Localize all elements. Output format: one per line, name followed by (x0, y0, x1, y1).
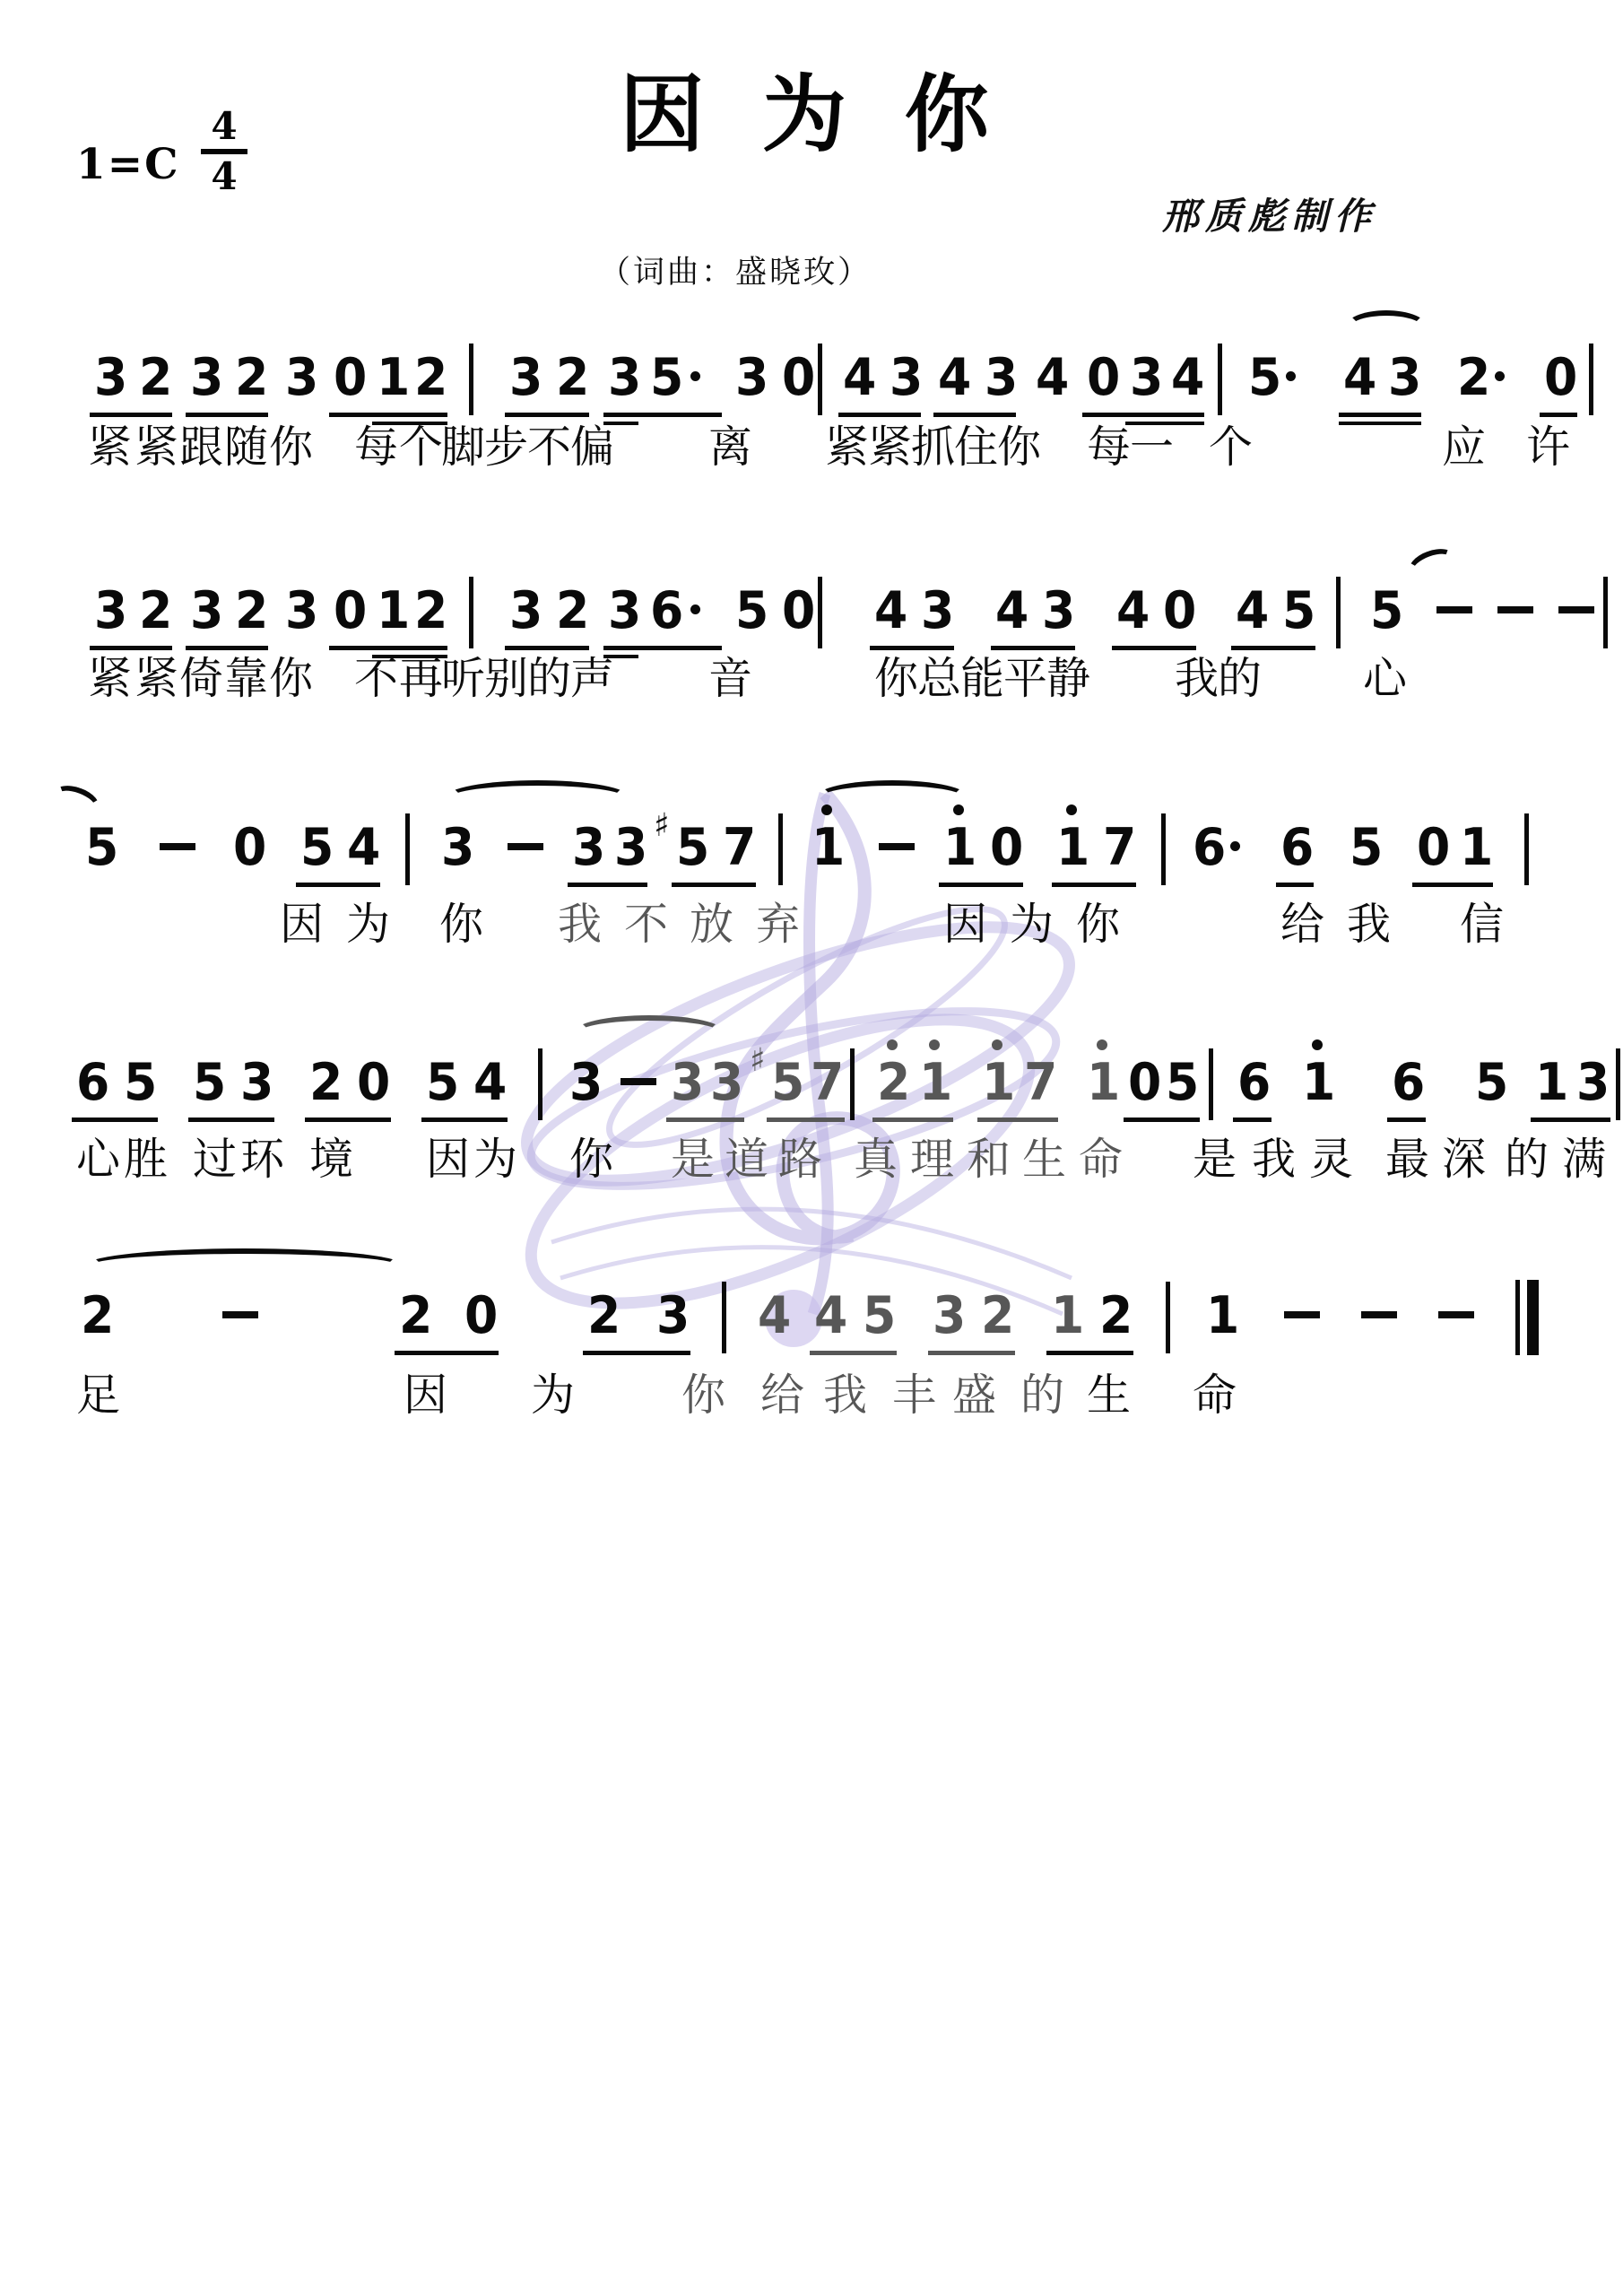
note-glyph: 3 (710, 1053, 743, 1112)
lyric-char: 为 (346, 899, 390, 951)
octave-dot (1312, 1039, 1323, 1050)
note-glyph: 2 (139, 581, 172, 640)
sheet-music-page: 因 为 你 1=C 4 4 邢质彪制作 （词曲：盛晓玫） 32323012323… (0, 0, 1623, 2296)
note-glyph: 2 (556, 348, 589, 407)
beam-underline (1531, 1118, 1610, 1122)
barline (405, 813, 410, 885)
note-glyph: 5 (85, 818, 118, 877)
beam-underline (395, 1351, 499, 1355)
lyric-char: 丰 (892, 1370, 936, 1422)
beam-underline (90, 413, 172, 417)
lyric-char: 弃 (756, 899, 800, 951)
lyric-char: 声 (570, 653, 614, 705)
lyric-char: 路 (778, 1134, 822, 1186)
note-glyph: 3 (240, 1053, 273, 1112)
note-glyph: 1 (377, 581, 410, 640)
note-glyph: 0 (1087, 348, 1120, 407)
barline (818, 577, 822, 648)
note-glyph: 4 (1236, 581, 1269, 640)
lyric-char: 是 (671, 1134, 715, 1186)
note-glyph: 1 (982, 1053, 1015, 1112)
lyric-char: 紧 (868, 422, 912, 474)
barline (1336, 577, 1341, 648)
duration-dash (1361, 1311, 1397, 1318)
lyric-char: 住 (954, 422, 998, 474)
beam-underline (1339, 413, 1421, 417)
lyric-char: 总 (917, 653, 961, 705)
lyric-char: 灵 (1309, 1134, 1353, 1186)
lyric-char: 听 (441, 653, 485, 705)
lyric-char: 我 (823, 1370, 867, 1422)
note-glyph: 7 (723, 818, 756, 877)
beam-underline (296, 883, 380, 887)
note-glyph: 7 (1103, 818, 1136, 877)
lyric-char: 步 (484, 422, 528, 474)
dotted-note-dot (690, 371, 700, 381)
note-glyph: 3 (735, 348, 768, 407)
note-glyph: 6 (1280, 818, 1314, 877)
duration-dash (1438, 1311, 1474, 1318)
lyric-char: 紧 (825, 422, 869, 474)
note-glyph: 3 (671, 1053, 704, 1112)
barline (1589, 344, 1593, 415)
lyric-char: 不 (527, 422, 571, 474)
note-glyph: 2 (587, 1286, 621, 1345)
note-glyph: 3 (1576, 1053, 1610, 1112)
lyric-char: 能 (960, 653, 1004, 705)
duration-dash (508, 843, 543, 850)
lyric-char: 音 (708, 653, 752, 705)
barline (538, 1048, 542, 1120)
note-glyph: 2 (981, 1286, 1014, 1345)
lyric-char: 给 (760, 1370, 804, 1422)
beam-underline (1052, 883, 1136, 887)
note-glyph: 3 (614, 818, 647, 877)
duration-dash (621, 1078, 656, 1085)
note-glyph: 3 (921, 581, 954, 640)
note-glyph: 5 (1282, 581, 1315, 640)
note-glyph: 0 (334, 581, 367, 640)
note-glyph: 2 (399, 1286, 432, 1345)
lyric-char: 一 (1130, 422, 1174, 474)
lyric-char: 紧 (135, 653, 178, 705)
lyric-char: 因 (404, 1370, 447, 1422)
lyric-char: 每 (354, 422, 398, 474)
lyric-char: 随 (224, 422, 268, 474)
composer-subtitle: （词曲：盛晓玫） (599, 248, 872, 292)
note-glyph: 0 (464, 1286, 498, 1345)
note-glyph: 3 (441, 818, 474, 877)
note-glyph: 4 (473, 1053, 507, 1112)
lyric-char: 紧 (135, 422, 178, 474)
beam-underline (939, 883, 1023, 887)
beam-underline (188, 1118, 274, 1122)
note-glyph: 5 (1475, 1053, 1508, 1112)
note-glyph: 1 (811, 818, 845, 877)
barline (818, 344, 822, 415)
lyric-char: 生 (1087, 1370, 1131, 1422)
note-glyph: 0 (1544, 348, 1577, 407)
note-glyph: 2 (235, 581, 268, 640)
note-glyph: 3 (285, 348, 318, 407)
beam-underline (186, 646, 268, 650)
lyric-char: 我 (1175, 653, 1219, 705)
note-glyph: 5 (650, 348, 683, 407)
beam-underline (1046, 1351, 1133, 1355)
note-glyph: 1 (1302, 1053, 1335, 1112)
octave-dot (1066, 804, 1077, 815)
note-glyph: 0 (782, 581, 815, 640)
note-glyph: 4 (843, 348, 876, 407)
lyric-char: 我 (1347, 899, 1391, 951)
lyric-char: 你 (439, 899, 483, 951)
lyric-char: 信 (1460, 899, 1504, 951)
slur-arc (574, 1015, 725, 1049)
beam-underline (991, 646, 1075, 650)
beam-underline (568, 883, 647, 887)
lyric-char: 足 (76, 1370, 120, 1422)
lyric-char: 为 (531, 1370, 575, 1422)
dotted-note-dot (1230, 841, 1240, 851)
note-glyph: 1 (1535, 1053, 1568, 1112)
lyric-char: 给 (1280, 899, 1324, 951)
slur-arc (1345, 310, 1428, 344)
note-glyph: 1 (377, 348, 410, 407)
note-glyph: 4 (874, 581, 907, 640)
note-glyph: 3 (608, 348, 641, 407)
lyric-char: 靠 (224, 653, 268, 705)
note-glyph: 3 (285, 581, 318, 640)
slur-arc (446, 780, 629, 814)
lyric-char: 因 (943, 899, 987, 951)
slur-arc (85, 1248, 404, 1283)
time-signature: 4 4 (201, 106, 247, 197)
note-glyph: 3 (190, 348, 223, 407)
note-glyph: 5 (735, 581, 768, 640)
note-glyph: 6 (1237, 1053, 1271, 1112)
note-glyph: 5 (124, 1053, 157, 1112)
note-glyph: 6 (1392, 1053, 1425, 1112)
note-glyph: 3 (933, 1286, 966, 1345)
key-signature: 1=C (76, 140, 180, 189)
lyric-char: 倚 (179, 653, 223, 705)
note-glyph: 3 (656, 1286, 690, 1345)
lyric-char: 你 (874, 653, 918, 705)
beam-underline (186, 413, 268, 417)
barline (722, 1282, 726, 1353)
note-glyph: 5 (771, 1053, 804, 1112)
note-glyph: 3 (94, 348, 127, 407)
barline (850, 1048, 855, 1120)
lyric-char: 为 (1010, 899, 1054, 951)
note-glyph: 7 (1024, 1053, 1057, 1112)
lyric-char: 心 (1363, 653, 1407, 705)
note-glyph: 1 (943, 818, 976, 877)
duration-dash (1284, 1311, 1320, 1318)
beam-underline (583, 1351, 690, 1355)
beam-underline (666, 1118, 744, 1122)
note-glyph: 2 (556, 581, 589, 640)
note-glyph: 3 (1042, 581, 1075, 640)
lyric-char: 为 (473, 1134, 517, 1186)
beam-underline (933, 413, 1016, 417)
lyric-char: 你 (269, 653, 313, 705)
note-glyph: 3 (985, 348, 1018, 407)
note-glyph: 2 (235, 348, 268, 407)
lyric-char: 紧 (88, 422, 132, 474)
tie-fragment-out (1404, 544, 1459, 586)
note-glyph: 4 (1171, 348, 1204, 407)
note-glyph: 5 (1370, 581, 1403, 640)
octave-dot (929, 1039, 940, 1050)
note-glyph: 2 (309, 1053, 343, 1112)
time-signature-bottom: 4 (201, 156, 247, 197)
lyric-char: 我 (1252, 1134, 1296, 1186)
lyric-char: 紧 (88, 653, 132, 705)
note-glyph: 0 (990, 818, 1023, 877)
lyric-char: 你 (269, 422, 313, 474)
lyric-row: 足因为你给我丰盛的生命 (0, 1370, 1623, 1432)
slur-arc (816, 780, 968, 814)
lyric-char: 你 (569, 1134, 613, 1186)
note-glyph: 2 (81, 1286, 114, 1345)
lyric-char: 最 (1385, 1134, 1429, 1186)
lyric-char: 每 (1087, 422, 1131, 474)
lyric-char: 的 (1020, 1370, 1064, 1422)
dotted-note-dot (1286, 371, 1296, 381)
lyric-char: 偏 (570, 422, 614, 474)
song-title: 因 为 你 (620, 47, 1002, 168)
barline (1166, 1282, 1170, 1353)
lyric-char: 满 (1562, 1134, 1606, 1186)
beam-underline (1233, 1118, 1271, 1122)
duration-dash (1558, 606, 1594, 613)
beam-underline (603, 646, 722, 650)
note-glyph: 0 (1163, 581, 1196, 640)
note-glyph: 4 (1343, 348, 1376, 407)
lyric-char: 不 (624, 899, 668, 951)
lyric-char: 别 (484, 653, 528, 705)
beam-underline (1540, 413, 1577, 417)
lyric-char: 胜 (124, 1134, 168, 1186)
note-glyph: 4 (814, 1286, 847, 1345)
note-glyph: 1 (919, 1053, 952, 1112)
beam-underline (1082, 413, 1204, 417)
lyric-row: 心胜过环境因为你是道路真理和生命是我灵最深的满 (0, 1134, 1623, 1196)
lyric-char: 心 (76, 1134, 120, 1186)
note-glyph: 0 (782, 348, 815, 407)
lyric-char: 平 (1003, 653, 1047, 705)
barline (1209, 1048, 1213, 1120)
lyric-char: 许 (1526, 422, 1570, 474)
barline (469, 577, 473, 648)
note-glyph: 5 (426, 1053, 459, 1112)
duration-dash (160, 843, 195, 850)
note-glyph: 4 (758, 1286, 791, 1345)
sharp-icon: ♯ (750, 1042, 765, 1079)
lyric-char: 不 (354, 653, 398, 705)
lyric-char: 因 (280, 899, 324, 951)
beam-underline (977, 1118, 1058, 1122)
beam-underline (1412, 883, 1493, 887)
beam-underline (672, 883, 756, 887)
note-glyph: 0 (233, 818, 266, 877)
beam-underline (810, 1351, 897, 1355)
time-signature-top: 4 (201, 106, 247, 147)
note-glyph: 5 (676, 818, 709, 877)
barline (469, 344, 473, 415)
duration-dash (1436, 606, 1472, 613)
lyric-row: 紧紧倚靠你不再听别的声音你总能平静我的心 (0, 653, 1623, 716)
note-glyph: 3 (1388, 348, 1421, 407)
lyric-char: 过 (193, 1134, 237, 1186)
note-glyph: 0 (1128, 1053, 1161, 1112)
note-glyph: 2 (414, 581, 447, 640)
note-glyph: 4 (938, 348, 971, 407)
note-glyph: 1 (1051, 1286, 1084, 1345)
lyric-char: 是 (1193, 1134, 1237, 1186)
beam-underline (1112, 646, 1196, 650)
note-glyph: 7 (811, 1053, 844, 1112)
sharp-icon: ♯ (654, 807, 669, 844)
note-glyph: 4 (1036, 348, 1069, 407)
beam-underline (870, 646, 954, 650)
note-glyph: 3 (1130, 348, 1163, 407)
note-glyph: 3 (509, 581, 542, 640)
note-glyph: 5 (300, 818, 334, 877)
note-glyph: 3 (608, 581, 641, 640)
note-glyph: 3 (509, 348, 542, 407)
lyric-char: 盛 (952, 1370, 996, 1422)
lyric-char: 脚 (441, 422, 485, 474)
duration-dash (879, 843, 915, 850)
note-glyph: 3 (94, 581, 127, 640)
beam-underline (505, 646, 589, 650)
lyric-char: 再 (399, 653, 443, 705)
octave-dot (992, 1039, 1002, 1050)
lyric-char: 深 (1442, 1134, 1486, 1186)
note-glyph: 5 (193, 1053, 226, 1112)
lyric-char: 的 (1218, 653, 1262, 705)
dotted-note-dot (690, 604, 700, 614)
note-glyph: 3 (890, 348, 923, 407)
lyric-char: 我 (558, 899, 602, 951)
beam-underline (1276, 883, 1314, 887)
beam-underline (1124, 1118, 1200, 1122)
beam-underline (928, 1351, 1015, 1355)
note-glyph: 4 (347, 818, 380, 877)
lyric-char: 的 (1505, 1134, 1549, 1186)
beam-underline (767, 1118, 845, 1122)
lyric-char: 离 (708, 422, 752, 474)
barline (1524, 813, 1529, 885)
note-glyph: 3 (569, 1053, 603, 1112)
lyric-char: 境 (309, 1134, 353, 1186)
lyric-char: 个 (1209, 422, 1253, 474)
note-glyph: 1 (1460, 818, 1493, 877)
lyric-char: 跟 (179, 422, 223, 474)
tie-fragment-in (48, 780, 103, 822)
note-glyph: 3 (572, 818, 605, 877)
beam-underline (329, 646, 447, 650)
final-barline-thick (1527, 1280, 1539, 1355)
beam-underline (1387, 1118, 1426, 1122)
note-glyph: 2 (877, 1053, 910, 1112)
barline (778, 813, 783, 885)
note-glyph: 1 (1206, 1286, 1239, 1345)
octave-dot (887, 1039, 898, 1050)
note-glyph: 1 (1087, 1053, 1120, 1112)
barline (1616, 1048, 1620, 1120)
note-glyph: 2 (139, 348, 172, 407)
lyric-char: 你 (1076, 899, 1120, 951)
lyric-char: 因 (426, 1134, 470, 1186)
beam-underline (90, 646, 172, 650)
lyric-char: 你 (997, 422, 1041, 474)
final-barline-thin (1515, 1280, 1520, 1355)
lyric-char: 命 (1193, 1370, 1237, 1422)
beam-underline (505, 413, 589, 417)
lyric-char: 个 (399, 422, 443, 474)
barline (1161, 813, 1166, 885)
lyric-char: 和 (967, 1134, 1011, 1186)
lyric-char: 你 (681, 1370, 725, 1422)
note-glyph: 2 (414, 348, 447, 407)
arranger-credit: 邢质彪制作 (1162, 187, 1377, 239)
beam-underline (329, 413, 447, 417)
octave-dot (1097, 1039, 1107, 1050)
lyric-char: 的 (527, 653, 571, 705)
barline (1603, 577, 1608, 648)
lyric-char: 道 (725, 1134, 768, 1186)
lyric-char: 理 (910, 1134, 954, 1186)
note-glyph: 6 (650, 581, 683, 640)
lyric-char: 静 (1046, 653, 1090, 705)
lyric-char: 生 (1022, 1134, 1066, 1186)
duration-dash (1497, 606, 1533, 613)
note-glyph: 0 (334, 348, 367, 407)
lyric-char: 真 (854, 1134, 898, 1186)
dotted-note-dot (1495, 371, 1505, 381)
note-glyph: 5 (1248, 348, 1281, 407)
beam-underline (603, 413, 722, 417)
barline (1218, 344, 1222, 415)
note-glyph: 0 (1417, 818, 1450, 877)
note-glyph: 5 (863, 1286, 896, 1345)
beam-underline (838, 413, 921, 417)
beam-underline (421, 1118, 508, 1122)
lyric-row: 因为你我不放弃因为你给我信 (0, 899, 1623, 961)
note-glyph: 1 (1056, 818, 1089, 877)
lyric-char: 抓 (911, 422, 955, 474)
duration-dash (222, 1311, 258, 1318)
lyric-char: 放 (690, 899, 733, 951)
note-glyph: 6 (76, 1053, 109, 1112)
note-glyph: 5 (1350, 818, 1383, 877)
note-glyph: 3 (190, 581, 223, 640)
note-glyph: 4 (995, 581, 1028, 640)
lyric-char: 应 (1442, 422, 1486, 474)
note-glyph: 5 (1166, 1053, 1199, 1112)
beam-underline (1231, 646, 1315, 650)
beam-underline (72, 1118, 158, 1122)
beam-underline (872, 1118, 953, 1122)
note-glyph: 4 (1116, 581, 1150, 640)
note-glyph: 6 (1193, 818, 1226, 877)
lyric-row: 紧紧跟随你每个脚步不偏离紧紧抓住你每一个应许 (0, 422, 1623, 484)
note-glyph: 0 (357, 1053, 390, 1112)
beam-underline (305, 1118, 391, 1122)
